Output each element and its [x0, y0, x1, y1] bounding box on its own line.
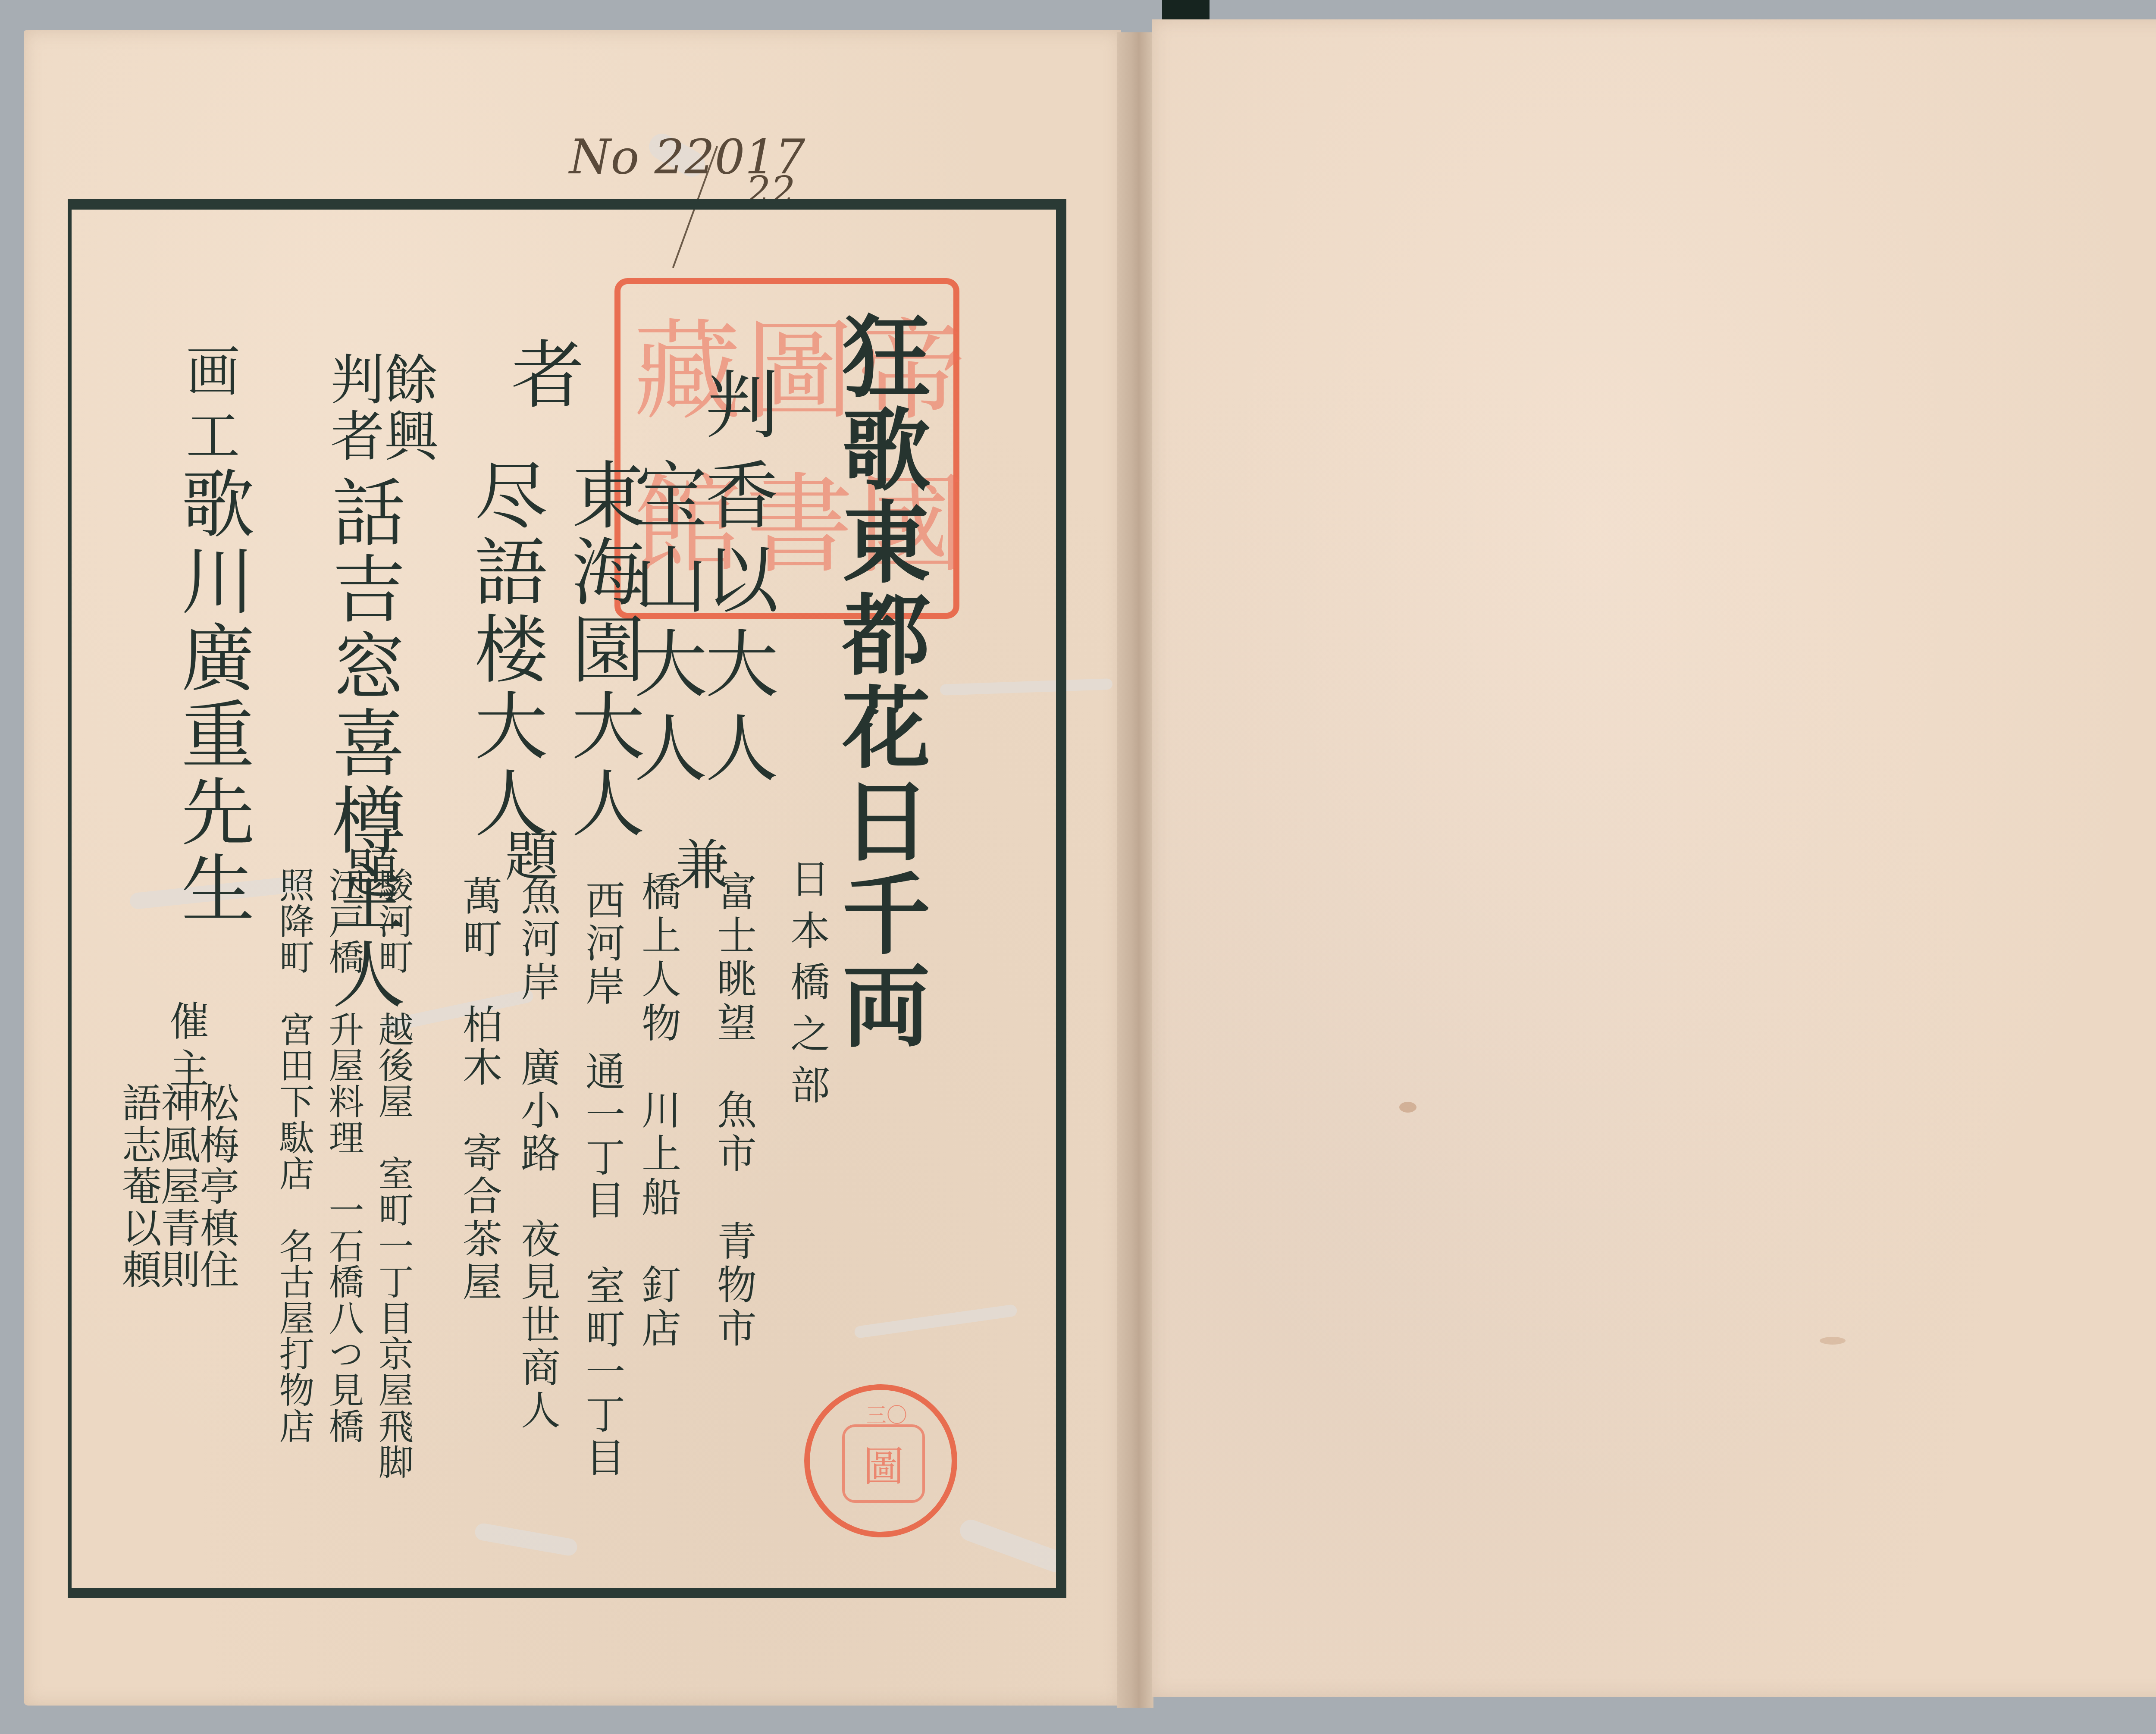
sponsor-name: 松梅亭槙住 [196, 1082, 236, 1291]
topic-column: 萬町 柏木 寄合茶屋 [459, 875, 499, 1304]
sponsor-name: 神風屋青則 [157, 1082, 197, 1291]
painter-name: 歌川廣重先生 [175, 466, 248, 928]
stamp-ring-text: 三〇 [866, 1398, 907, 1428]
right-page-blank [1152, 19, 2156, 1697]
topic-column: 江戸橋 升屋料理 一石橋八つ見橋 [326, 867, 361, 1444]
topic-column: 照降町 宮田下駄店 名古屋打物店 [276, 867, 311, 1444]
spine-gutter [1117, 32, 1153, 1708]
painter-label: 画工 [181, 343, 235, 472]
accession-number: No 22017 22 [569, 129, 805, 185]
sponsor-name: 語志菴以頼 [119, 1082, 158, 1291]
judge-name: 香以大人 [699, 457, 772, 794]
extra-judge-label: 餘興 [379, 351, 433, 465]
topic-column: 駿河町 越後屋 室町一丁目京屋飛脚 [375, 867, 411, 1480]
topic-column: 魚河岸 廣小路 夜見世商人 [517, 875, 557, 1433]
judges-label-top: 判 [699, 367, 772, 444]
topic-column: 橋上人物 川上船 釘店 [638, 871, 678, 1351]
accession-stamp-round: 三〇 圖 [804, 1384, 957, 1537]
topic-column: 富士眺望 魚市 青物市 [714, 871, 753, 1351]
judge-name: 尽語楼大人 [468, 457, 541, 842]
sponsors-label: 催主 [166, 1000, 206, 1096]
topic-column: 西河岸 通一丁目 室町一丁目 [582, 880, 622, 1480]
section-heading: 日本橋之部 [787, 858, 827, 1116]
paper-stain [1399, 1102, 1416, 1113]
paper-stain [1820, 1337, 1846, 1345]
stamp-center: 圖 [842, 1424, 925, 1503]
judge-name: 東海園大人 [565, 457, 638, 842]
judges-label-bottom: 者 [505, 336, 578, 414]
extra-judge-label: 判者 [326, 351, 379, 465]
book-title: 狂歌東都花日千両 [834, 310, 923, 1053]
